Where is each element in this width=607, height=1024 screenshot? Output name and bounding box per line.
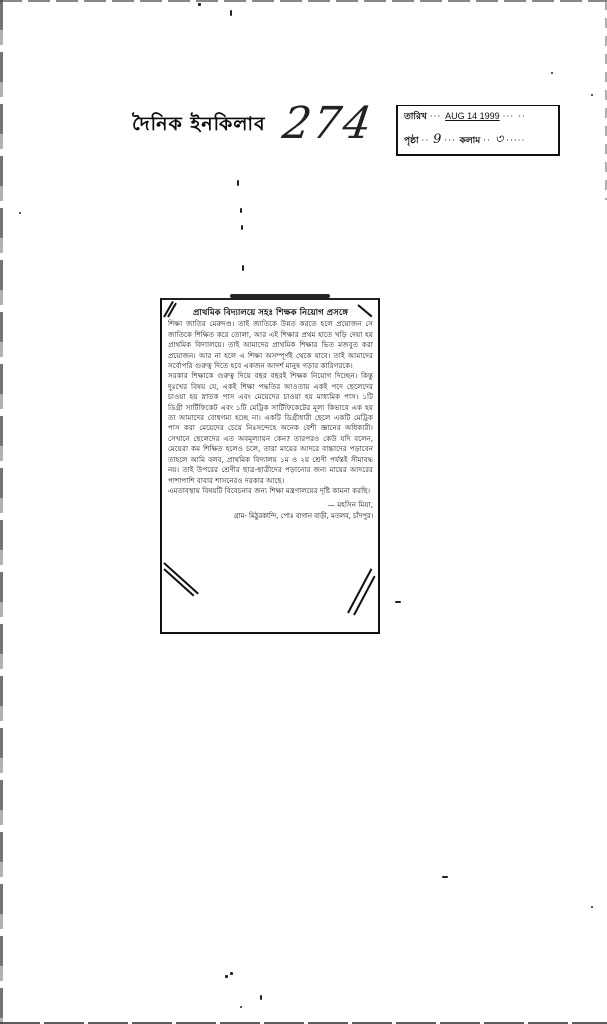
scan-speck [591, 906, 593, 908]
scan-speck [442, 876, 448, 878]
article-paragraph: এমতাবস্থায় বিষয়টি বিবেচনার জন্য শিক্ষা… [168, 486, 373, 496]
newspaper-masthead: দৈনিক ইনকিলাব [132, 110, 266, 142]
dotted-leader: ··· [430, 112, 445, 122]
article-headline: প্রাথমিক বিদ্যালয়ে সহঃ শিক্ষক নিয়োগ প্… [168, 308, 373, 318]
scan-speck [242, 265, 244, 271]
corner-slash-mark [163, 562, 199, 594]
dotted-leader: ··· ·· [503, 112, 526, 122]
article-paragraph: সরকার শিক্ষাকে গুরুত্ব দিয়ে বছর বছরই শি… [168, 371, 373, 485]
scan-speck [591, 94, 593, 96]
stamp-date-value: AUG 14 1999 [445, 111, 500, 121]
article-paragraph: শিক্ষা জাতির মেরুদণ্ড। তাই জাতিকে উন্নত … [168, 319, 373, 371]
dotted-leader: ··· [444, 136, 459, 146]
corner-slash-mark [347, 568, 372, 613]
scan-speck [225, 975, 228, 978]
scan-speck [395, 601, 401, 603]
scan-speck [240, 1006, 242, 1008]
handwritten-number: 274 [279, 98, 376, 149]
scan-speck [240, 208, 242, 213]
scan-speck [241, 225, 243, 230]
scan-edge-top [0, 0, 607, 2]
article-clipping: প্রাথমিক বিদ্যালয়ে সহঃ শিক্ষক নিয়োগ প্… [160, 298, 380, 634]
article-body: প্রাথমিক বিদ্যালয়ে সহঃ শিক্ষক নিয়োগ প্… [168, 308, 373, 521]
dotted-leader: ····· [506, 136, 525, 146]
corner-slash-mark [163, 568, 194, 596]
stamp-column-value: ৩ [495, 132, 503, 147]
scan-speck [237, 180, 239, 186]
scan-speck [230, 10, 232, 16]
scan-speck [260, 995, 262, 1000]
stamp-page-row: পৃষ্ঠা ·· 9 ··· কলাম ·· ৩ ····· [404, 130, 525, 151]
scan-speck [198, 3, 201, 6]
clipping-tape-mark [230, 294, 330, 298]
stamp-page-label: পৃষ্ঠা [404, 136, 419, 146]
scan-speck [19, 212, 21, 214]
article-signature: — মহসিন মিয়া, [168, 500, 373, 510]
scan-speck [551, 72, 553, 74]
stamp-date-row: তারিখ ··· AUG 14 1999 ··· ·· [404, 109, 526, 124]
date-stamp-box: তারিখ ··· AUG 14 1999 ··· ·· পৃষ্ঠা ·· 9… [396, 105, 560, 156]
article-address: গ্রাম- মিঠুরকান্দি, পোঃ বাগান বাড়ী, মতল… [168, 511, 373, 521]
dotted-leader: ·· [421, 136, 433, 146]
scan-edge-left [0, 0, 3, 1024]
stamp-date-label: তারিখ [404, 112, 427, 122]
scan-speck [230, 972, 233, 975]
stamp-page-value: 9 [433, 132, 441, 147]
stamp-column-label: কলাম [460, 136, 481, 146]
dotted-leader: ·· [483, 136, 495, 146]
